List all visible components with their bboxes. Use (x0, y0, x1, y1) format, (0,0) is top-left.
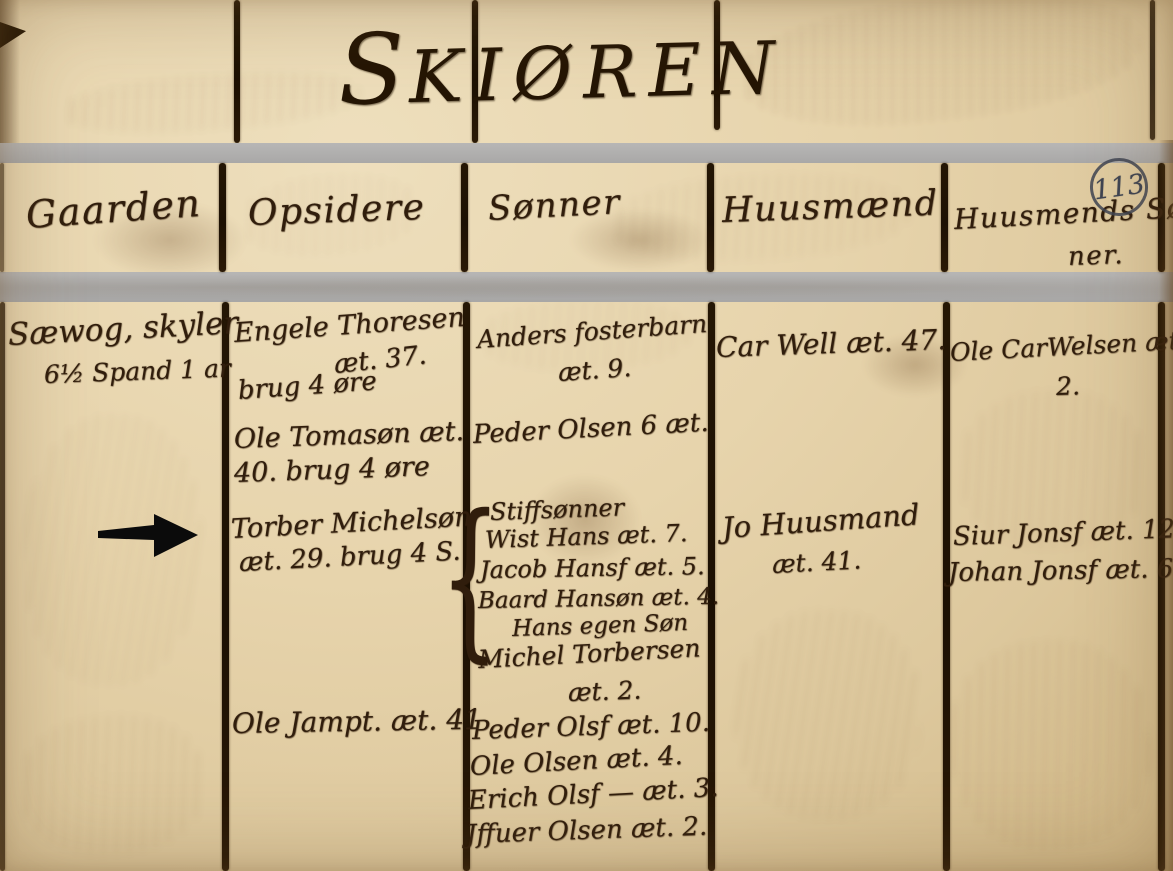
farm-entry-line: Sæwog, skyler (7, 308, 239, 351)
son-entry-line: Michel Torbersen (477, 635, 701, 672)
page-number: 113 (1091, 168, 1146, 206)
cottager-son-entry-line: Johan Jonsf æt. 6. (948, 556, 1173, 586)
resident-entry-line: Ole Tomasøn æt. (234, 418, 465, 453)
son-entry-line: Wist Hans æt. 7. (485, 521, 688, 552)
column-rule (219, 163, 226, 272)
farm-entry-line: 6½ Spand 1 ar (44, 355, 232, 387)
son-entry-line: Anders fosterbarn (476, 311, 708, 352)
right-arrow-icon (98, 510, 200, 562)
scan-separator-bar (0, 272, 1173, 302)
cottager-entry-line: Car Well æt. 47. (716, 326, 947, 362)
column-rule (707, 163, 714, 272)
son-entry-line: Erich Olsf — æt. 3. (467, 775, 719, 814)
son-entry-line: Jffuer Olsen æt. 2. (466, 814, 708, 848)
page-edge-shadow (0, 0, 20, 150)
column-header-huusmaend: Huusmænd (721, 186, 939, 229)
scan-separator-bar (0, 143, 1173, 163)
page-edge-shadow (1159, 140, 1173, 871)
column-rule (234, 0, 240, 143)
bleedthrough-smudge (15, 709, 209, 862)
cottager-son-entry-line: 2. (1056, 373, 1081, 399)
bleedthrough-smudge (941, 632, 1159, 859)
resident-entry-line: æt. 29. brug 4 S. (238, 538, 461, 576)
resident-entry-line: Ole Jampt. æt. 41 (232, 706, 482, 738)
son-entry-line: Peder Olsf æt. 10. (472, 710, 711, 744)
column-header-gaarden: Gaarden (25, 184, 203, 234)
cottager-entry-line: æt. 41. (771, 547, 861, 577)
resident-entry-line: Engele Thoresen (233, 304, 466, 347)
son-entry-line: Ole Olsen æt. 4. (469, 743, 683, 780)
cottager-son-entry-line: Siur Jonsf æt. 12. (953, 516, 1173, 550)
page-title: SKIØREN (337, 10, 787, 119)
son-entry-line: Baard Hansøn æt. 4. (478, 586, 720, 613)
resident-entry-line: 40. brug 4 øre (234, 453, 431, 487)
column-header-opsidere: Opsidere (247, 190, 426, 232)
column-rule (222, 302, 229, 871)
stepsons-group-label: Stiffsønner (490, 495, 625, 524)
arrow-annotation (98, 510, 200, 562)
column-rule (0, 302, 5, 871)
resident-entry-line: brug 4 øre (237, 368, 377, 404)
column-rule (461, 163, 468, 272)
column-rule (941, 163, 948, 272)
bleedthrough-smudge (731, 607, 923, 823)
column-rule (1150, 0, 1155, 140)
cottager-entry-line: Jo Huusmand (721, 500, 920, 543)
column-rule (0, 163, 4, 272)
son-entry-line: æt. 9. (557, 355, 632, 385)
cottager-son-entry-line: Ole CarWelsen æt. (949, 328, 1173, 365)
column-header-sonner: Sønner (487, 185, 622, 226)
column-header-huusmends-sonner-line2: ner. (1068, 242, 1125, 270)
bleedthrough-smudge (735, 0, 1145, 141)
census-page-scan: SKIØREN Gaarden Opsidere Sønner Huusmænd… (0, 0, 1173, 871)
son-entry-line: Jacob Hansf æt. 5. (480, 554, 705, 582)
son-entry-line: Peder Olsen 6 æt. (472, 410, 709, 448)
son-entry-line: æt. 2. (568, 677, 642, 705)
bleedthrough-smudge (58, 65, 361, 141)
